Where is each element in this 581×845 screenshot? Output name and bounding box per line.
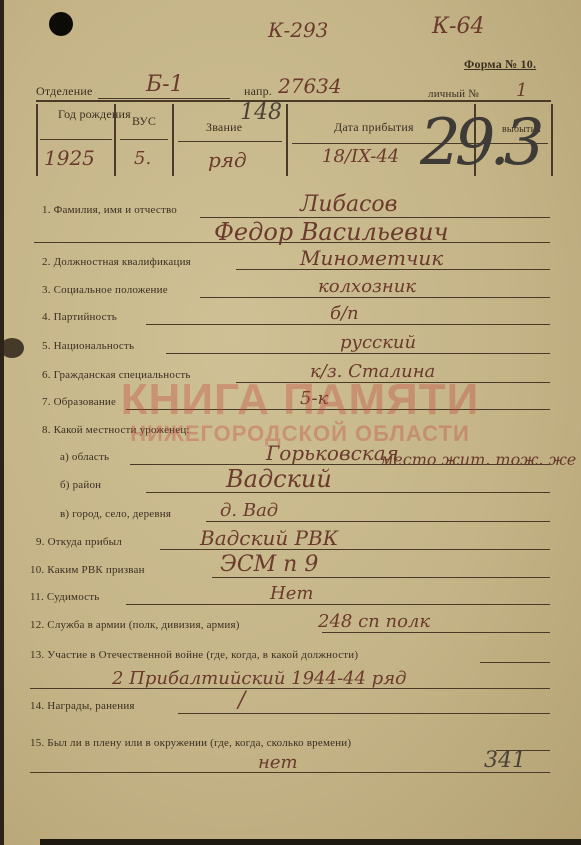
- header-vus: ВУС: [132, 114, 156, 129]
- field-value: 2 Прибалтийский 1944-44 ряд: [112, 668, 407, 689]
- rank-value: ряд: [208, 148, 247, 172]
- footer-note: 341: [484, 748, 526, 773]
- field-value: Либасов: [300, 192, 397, 217]
- scan-edge-bottom: [40, 839, 581, 845]
- arrival-date-value: 18/IX-44: [322, 146, 399, 167]
- field-label: в) город, село, деревня: [60, 508, 171, 520]
- field-label: 6. Гражданская специальность: [42, 369, 191, 381]
- field-value: д. Вад: [220, 500, 278, 521]
- field-label: б) район: [60, 479, 101, 491]
- field-value: русский: [340, 332, 416, 353]
- field-label: 15. Был ли в плену или в окружении (где,…: [30, 737, 351, 749]
- personal-no-label: личный №: [428, 88, 479, 100]
- archive-code-right: К-64: [432, 14, 484, 39]
- field-label: 5. Национальность: [42, 340, 134, 352]
- field-label: 11. Судимость: [30, 591, 100, 603]
- field-value: Вадский РВК: [200, 526, 338, 550]
- field-value: /: [238, 688, 245, 713]
- department-value: Б-1: [146, 72, 184, 97]
- punch-hole: [49, 12, 73, 36]
- form-label: Форма № 10.: [464, 57, 536, 72]
- side-note: место жит. тож. же: [380, 450, 576, 469]
- field-label: 4. Партийность: [42, 311, 117, 323]
- field-label: 13. Участие в Отечественной войне (где, …: [30, 649, 358, 661]
- field-value: Горьковская: [266, 441, 399, 465]
- header-birth-year: Год рождения: [58, 107, 98, 122]
- field-value: ЭСМ п 9: [220, 552, 318, 577]
- field-value: 5-к: [300, 388, 328, 409]
- field-value-continued: Федор Васильевич: [214, 218, 449, 246]
- stamp-number: 29.3: [420, 106, 539, 180]
- vus-value: 5.: [134, 148, 151, 169]
- registration-card: К-293 К-64 Форма № 10. Отделение Б-1 нап…: [0, 0, 581, 845]
- archive-code-left: К-293: [268, 18, 328, 42]
- field-value: б/п: [330, 303, 359, 324]
- field-value: колхозник: [318, 276, 416, 297]
- field-value: Нет: [270, 583, 313, 604]
- birth-year-value: 1925: [44, 146, 95, 170]
- ink-blot: [0, 338, 24, 358]
- field-label: 9. Откуда прибыл: [36, 536, 122, 548]
- field-label: 2. Должностная квалификация: [42, 256, 191, 268]
- rank-note: 148: [240, 100, 282, 125]
- field-label: 3. Социальное положение: [42, 284, 168, 296]
- field-value: Вадский: [226, 465, 332, 493]
- field-label: 14. Награды, ранения: [30, 700, 135, 712]
- field-label: 1. Фамилия, имя и отчество: [42, 204, 177, 216]
- field-value: 248 сп полк: [318, 611, 430, 632]
- scan-edge: [0, 0, 4, 845]
- direction-label: напр.: [244, 84, 272, 99]
- field-label: а) область: [60, 451, 109, 463]
- field-value: к/з. Сталина: [310, 361, 435, 382]
- header-arrival-date: Дата прибытия: [334, 120, 414, 135]
- field-value: нет: [258, 752, 298, 773]
- direction-value: 27634: [278, 74, 342, 98]
- field-label: 7. Образование: [42, 396, 116, 408]
- personal-no-value: 1: [516, 80, 527, 101]
- field-label: 10. Каким РВК призван: [30, 564, 145, 576]
- header-rank: Звание: [206, 120, 242, 135]
- field-value: Минометчик: [300, 246, 443, 270]
- department-label: Отделение: [36, 84, 92, 99]
- field-label: 12. Служба в армии (полк, дивизия, армия…: [30, 619, 240, 631]
- field-label: 8. Какой местности уроженец:: [42, 424, 190, 436]
